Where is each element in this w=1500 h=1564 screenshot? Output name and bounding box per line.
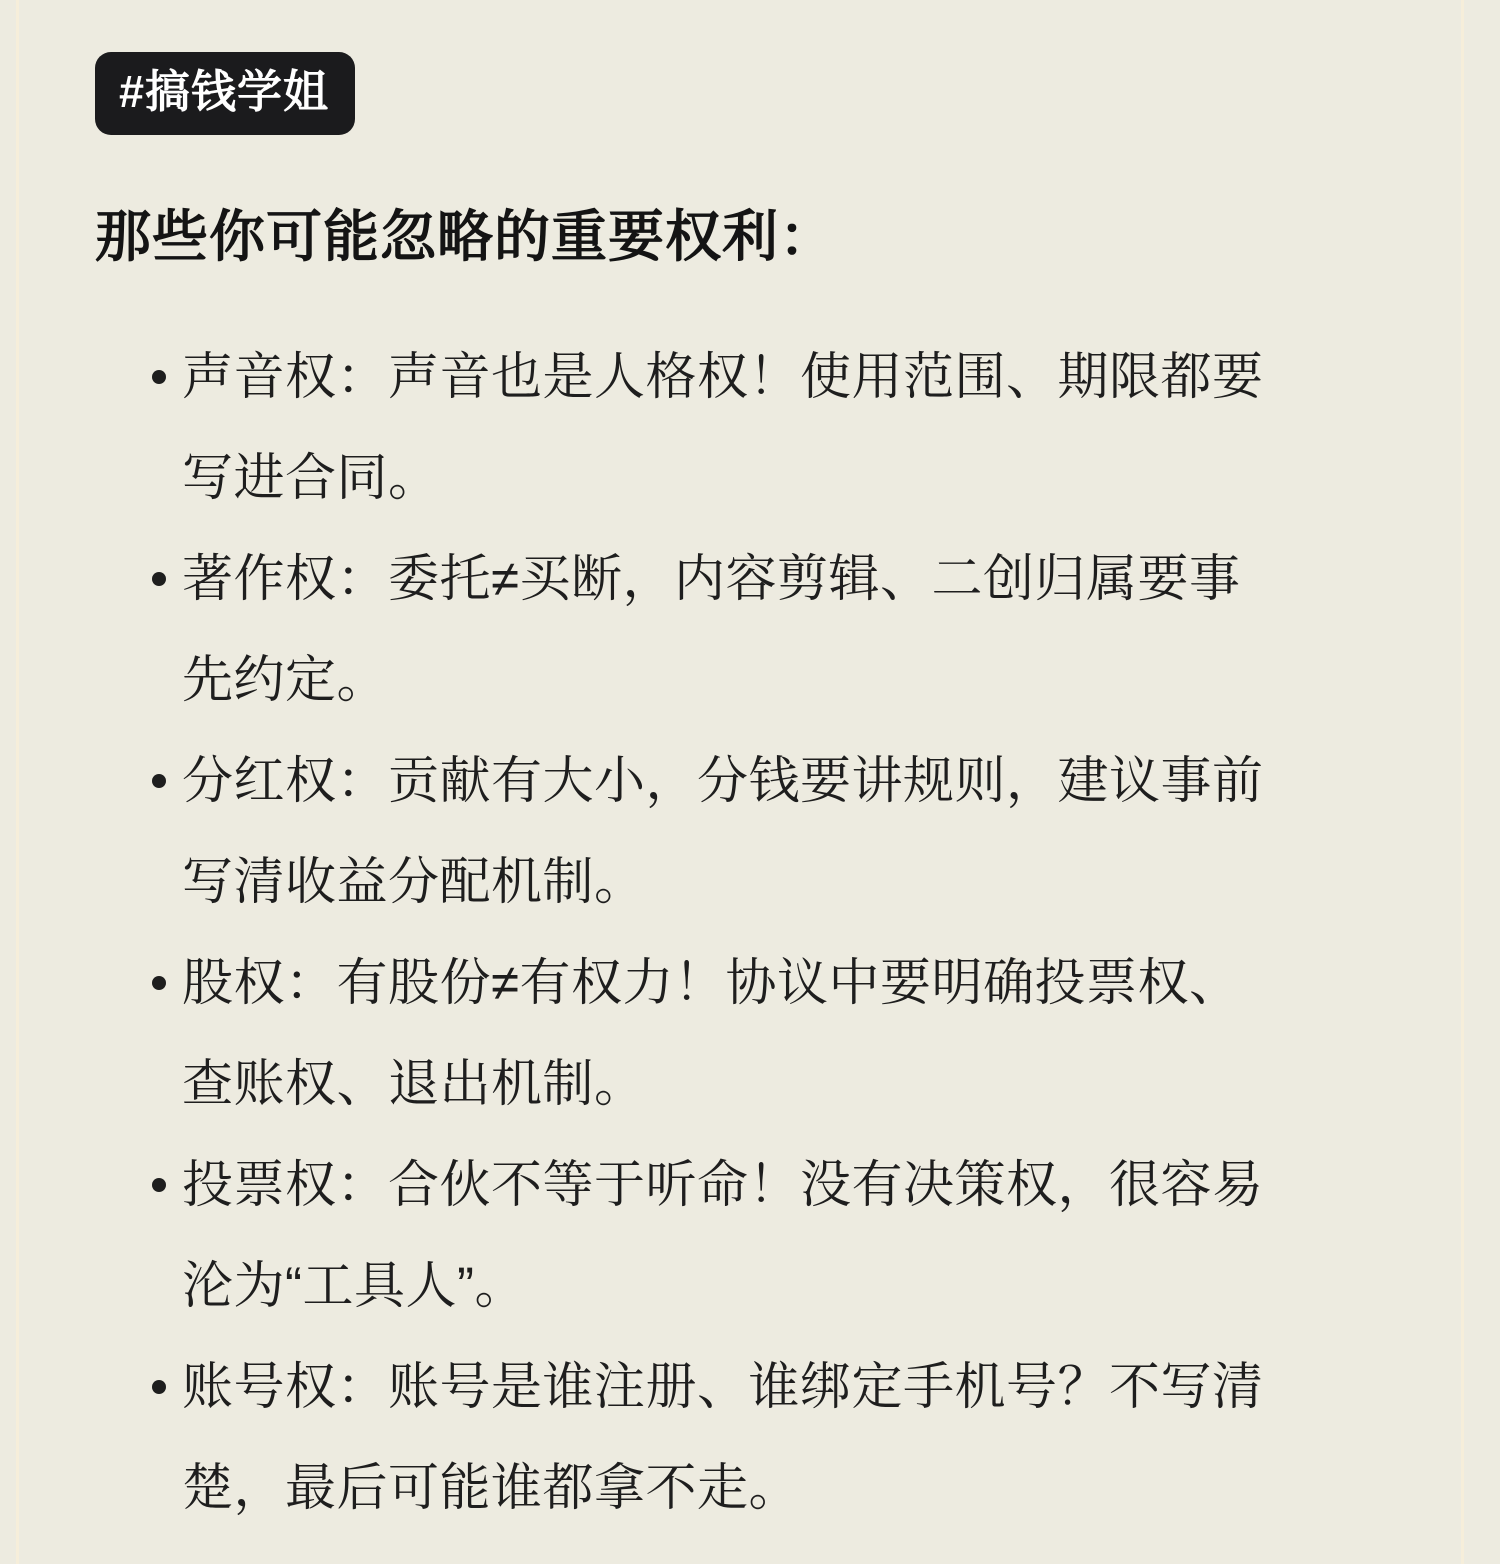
hashtag-badge[interactable]: #搞钱学姐: [95, 52, 355, 135]
rights-list: 声音权：声音也是人格权！使用范围、期限都要 写进合同。 著作权：委托≠买断，内容…: [152, 326, 1450, 1538]
post-image: { "theme": { "background": "#edebe0", "e…: [0, 0, 1500, 1564]
list-item-account-right: 账号权：账号是谁注册、谁绑定手机号？不写清 楚，最后可能谁都拿不走。: [152, 1336, 1450, 1538]
list-item-line: 投票权：合伙不等于听命！没有决策权，很容易: [182, 1134, 1450, 1235]
list-item-equity: 股权：有股份≠有权力！协议中要明确投票权、 查账权、退出机制。: [152, 932, 1450, 1134]
list-item-line: 写清收益分配机制。: [182, 831, 1450, 932]
list-item-line: 查账权、退出机制。: [182, 1033, 1450, 1134]
post-content: #搞钱学姐 那些你可能忽略的重要权利： 声音权：声音也是人格权！使用范围、期限都…: [0, 0, 1500, 1538]
post-title: 那些你可能忽略的重要权利：: [95, 193, 1450, 273]
list-item-line: 先约定。: [182, 629, 1450, 730]
list-item-line: 沦为“工具人”。: [182, 1235, 1450, 1336]
list-item-line: 分红权：贡献有大小，分钱要讲规则，建议事前: [182, 730, 1450, 831]
list-item-copyright: 著作权：委托≠买断，内容剪辑、二创归属要事 先约定。: [152, 528, 1450, 730]
list-item-line: 写进合同。: [182, 427, 1450, 528]
bullet-icon: [152, 1380, 166, 1394]
list-item-line: 著作权：委托≠买断，内容剪辑、二创归属要事: [182, 528, 1450, 629]
list-item-line: 股权：有股份≠有权力！协议中要明确投票权、: [182, 932, 1450, 1033]
list-item-dividend-right: 分红权：贡献有大小，分钱要讲规则，建议事前 写清收益分配机制。: [152, 730, 1450, 932]
list-item-line: 楚，最后可能谁都拿不走。: [182, 1437, 1450, 1538]
list-item-line: 声音权：声音也是人格权！使用范围、期限都要: [182, 326, 1450, 427]
hashtag-badge-label: #搞钱学姐: [119, 66, 329, 117]
bullet-icon: [152, 572, 166, 586]
list-item-line: 账号权：账号是谁注册、谁绑定手机号？不写清: [182, 1336, 1450, 1437]
bullet-icon: [152, 976, 166, 990]
bullet-icon: [152, 774, 166, 788]
list-item-voting-right: 投票权：合伙不等于听命！没有决策权，很容易 沦为“工具人”。: [152, 1134, 1450, 1336]
bullet-icon: [152, 1178, 166, 1192]
list-item-voice-right: 声音权：声音也是人格权！使用范围、期限都要 写进合同。: [152, 326, 1450, 528]
bullet-icon: [152, 370, 166, 384]
